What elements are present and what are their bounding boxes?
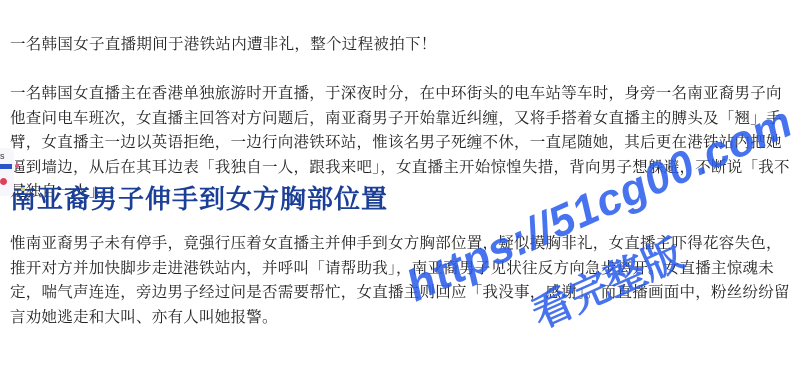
- article-paragraph-2: 惟南亚裔男子未有停手，竟强行压着女直播主并伸手到女方胸部位置，疑似摸胸非礼，女直…: [10, 231, 792, 329]
- section-heading: 南亚裔男子伸手到女方胸部位置: [10, 182, 388, 218]
- side-widget-label: s: [0, 151, 5, 161]
- floating-side-widget[interactable]: s: [0, 148, 14, 196]
- side-widget-dot-icon: [0, 178, 7, 185]
- side-widget-bar-icon: [0, 164, 12, 169]
- sparkle-icon: [21, 187, 25, 191]
- article-lead: 一名韩国女子直播期间于港铁站内遭非礼，整个过程被拍下！: [10, 33, 437, 55]
- sparkle-icon: [15, 164, 19, 168]
